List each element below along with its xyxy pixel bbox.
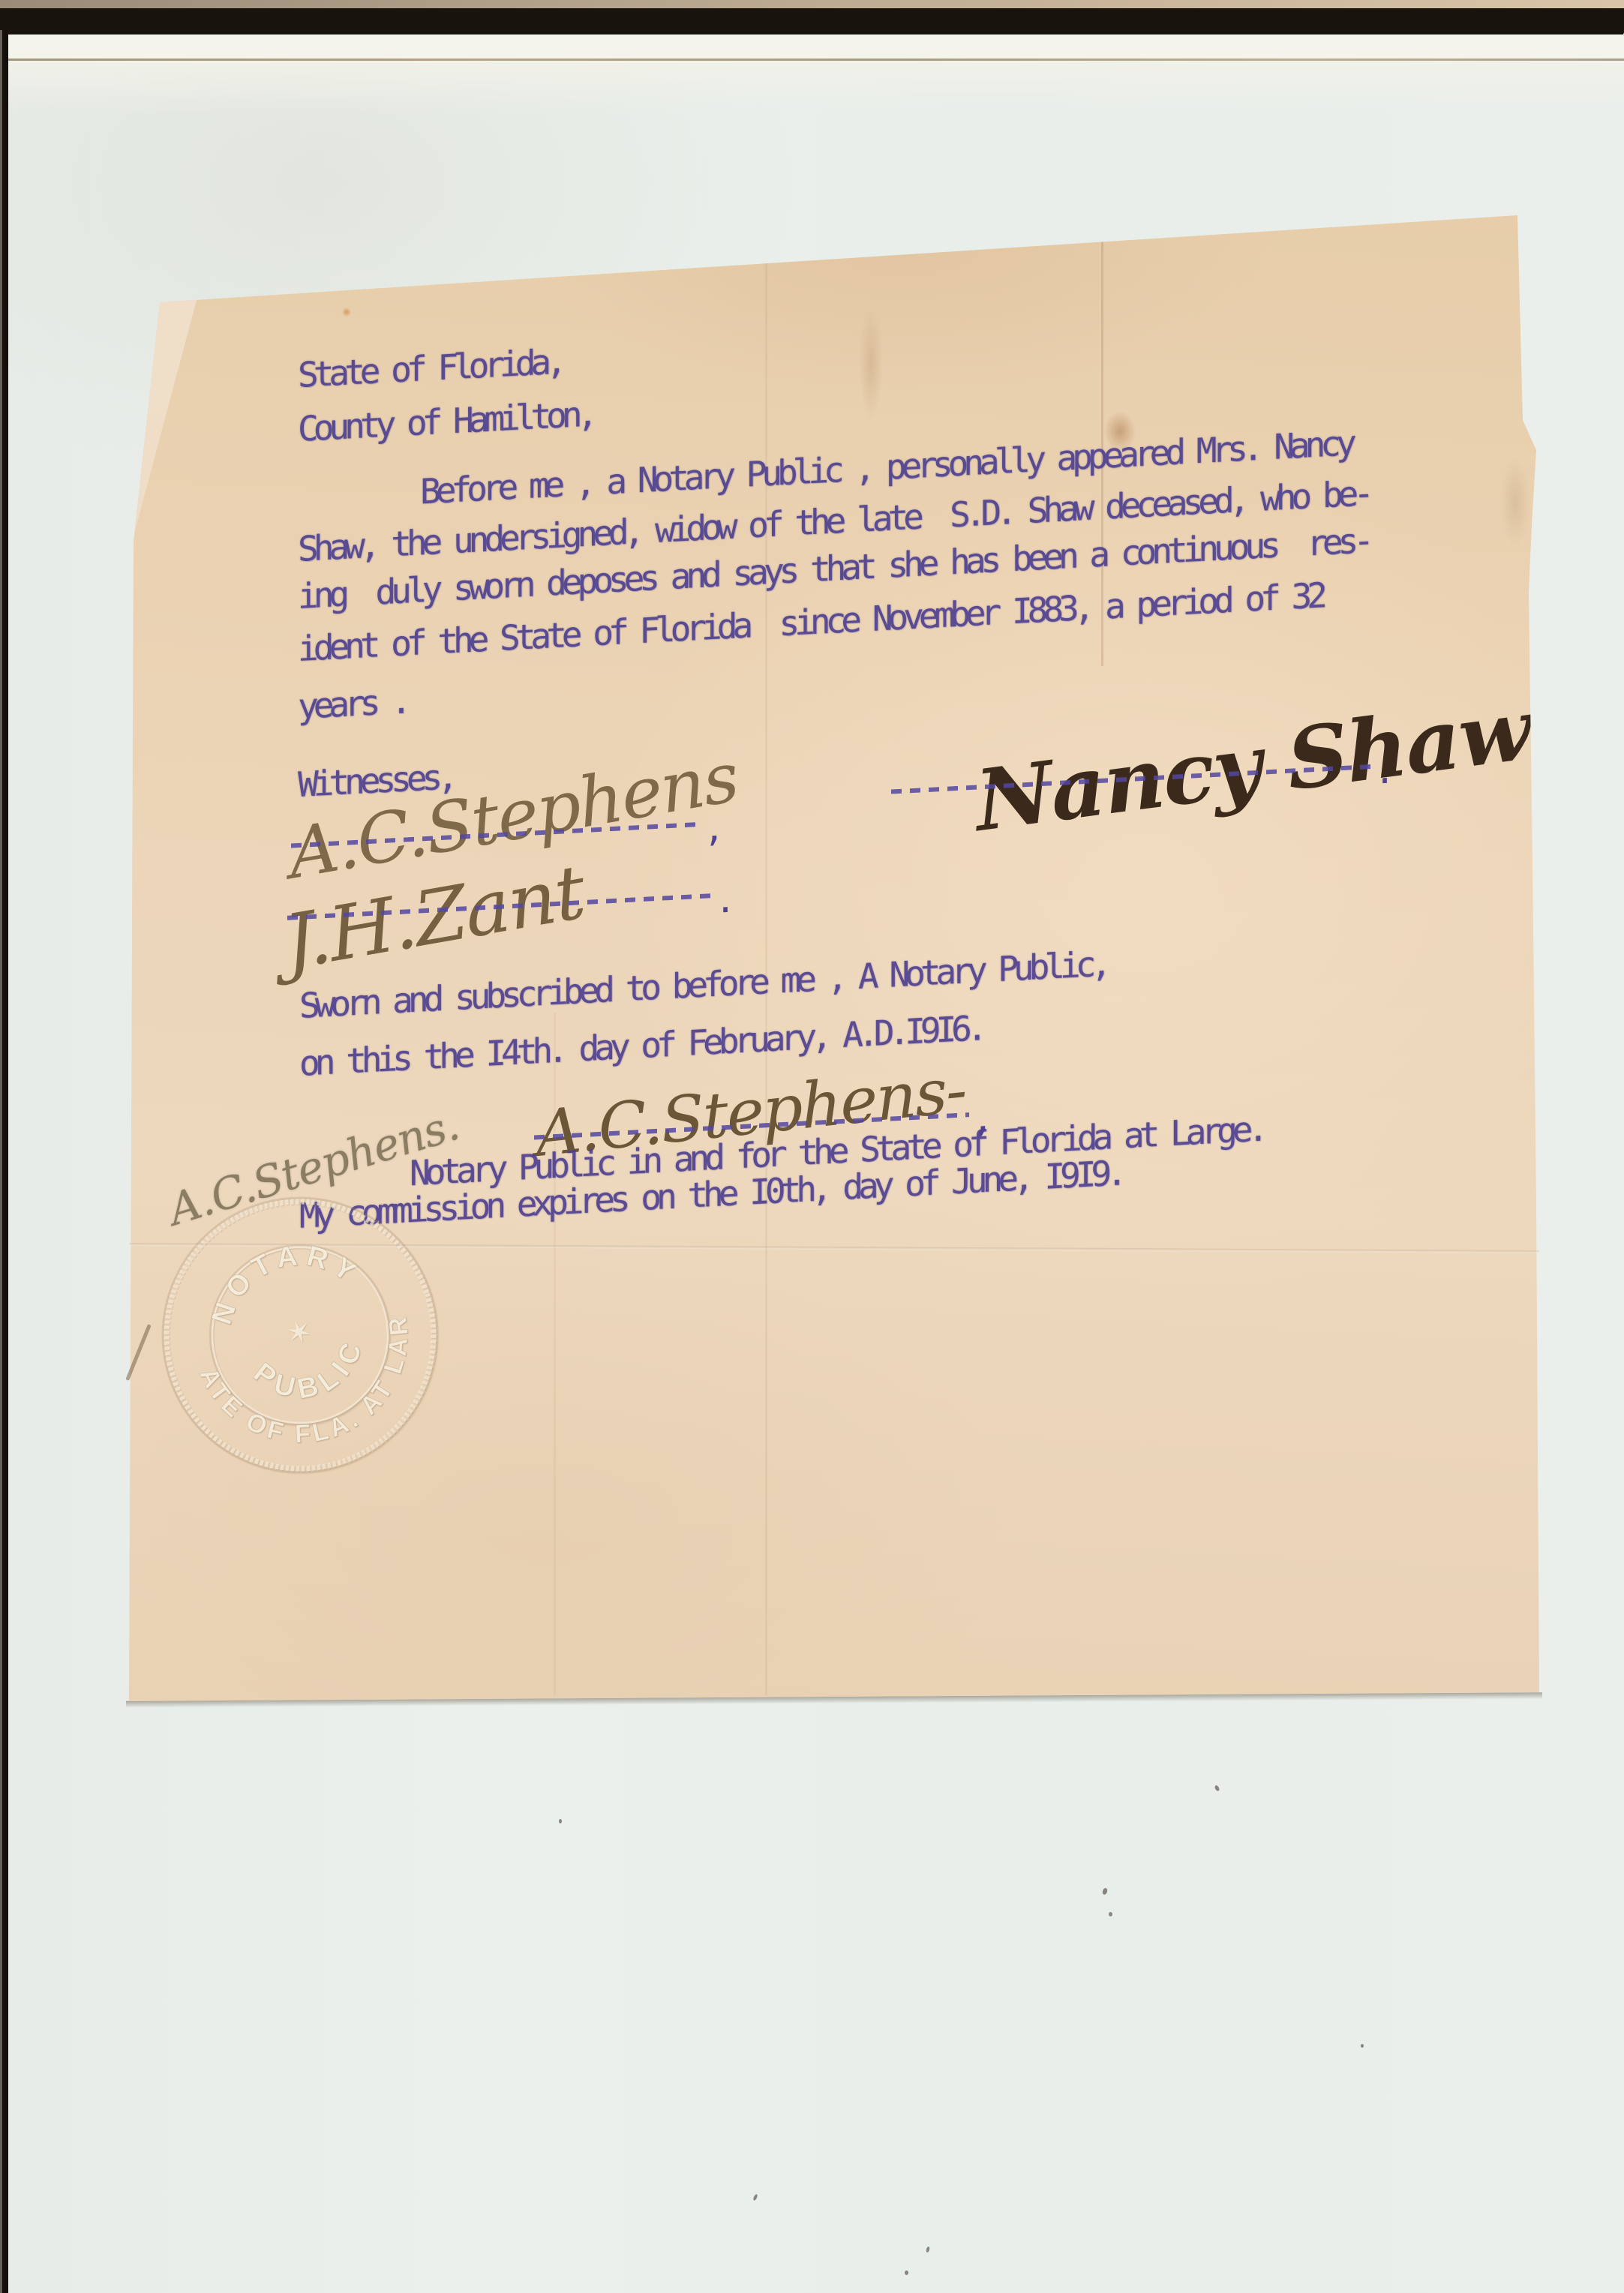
scanner-frame-top xyxy=(0,8,1624,35)
dust-speck xyxy=(1361,2044,1364,2048)
document-content: State of Florida, County of Hamilton, Be… xyxy=(120,145,1545,1720)
svg-text:NOTARY: NOTARY xyxy=(191,1218,372,1336)
dust-speck xyxy=(1102,1887,1109,1895)
scanner-fade xyxy=(0,61,1624,113)
dust-speck xyxy=(1214,1784,1220,1791)
stain xyxy=(773,215,825,249)
scanned-page: State of Florida, County of Hamilton, Be… xyxy=(0,0,1624,2293)
dust-speck xyxy=(1109,1912,1112,1916)
stain xyxy=(1116,221,1131,240)
typed-line-state: State of Florida, xyxy=(298,344,562,392)
seal-star-icon: ✶ xyxy=(282,1313,316,1352)
dust-speck xyxy=(926,2246,930,2253)
seal-center-line-1: NOTARY xyxy=(191,1218,372,1336)
dust-speck xyxy=(905,2270,908,2275)
dust-speck xyxy=(752,2194,758,2201)
typed-line-county: County of Hamilton, xyxy=(298,396,593,446)
document-paper: State of Florida, County of Hamilton, Be… xyxy=(120,210,1545,1710)
typed-body-line-5: years . xyxy=(298,683,407,724)
dust-speck xyxy=(559,1819,562,1823)
scanner-frame-left xyxy=(0,30,8,2293)
after-mark: , xyxy=(704,821,725,836)
notary-seal: STATE OF FLA. AT LARGE NOTARY PUBLIC ✶ xyxy=(154,1189,446,1481)
after-mark: . xyxy=(1374,763,1395,779)
after-mark: . xyxy=(715,892,736,908)
scanner-platen-strip xyxy=(6,35,1624,59)
